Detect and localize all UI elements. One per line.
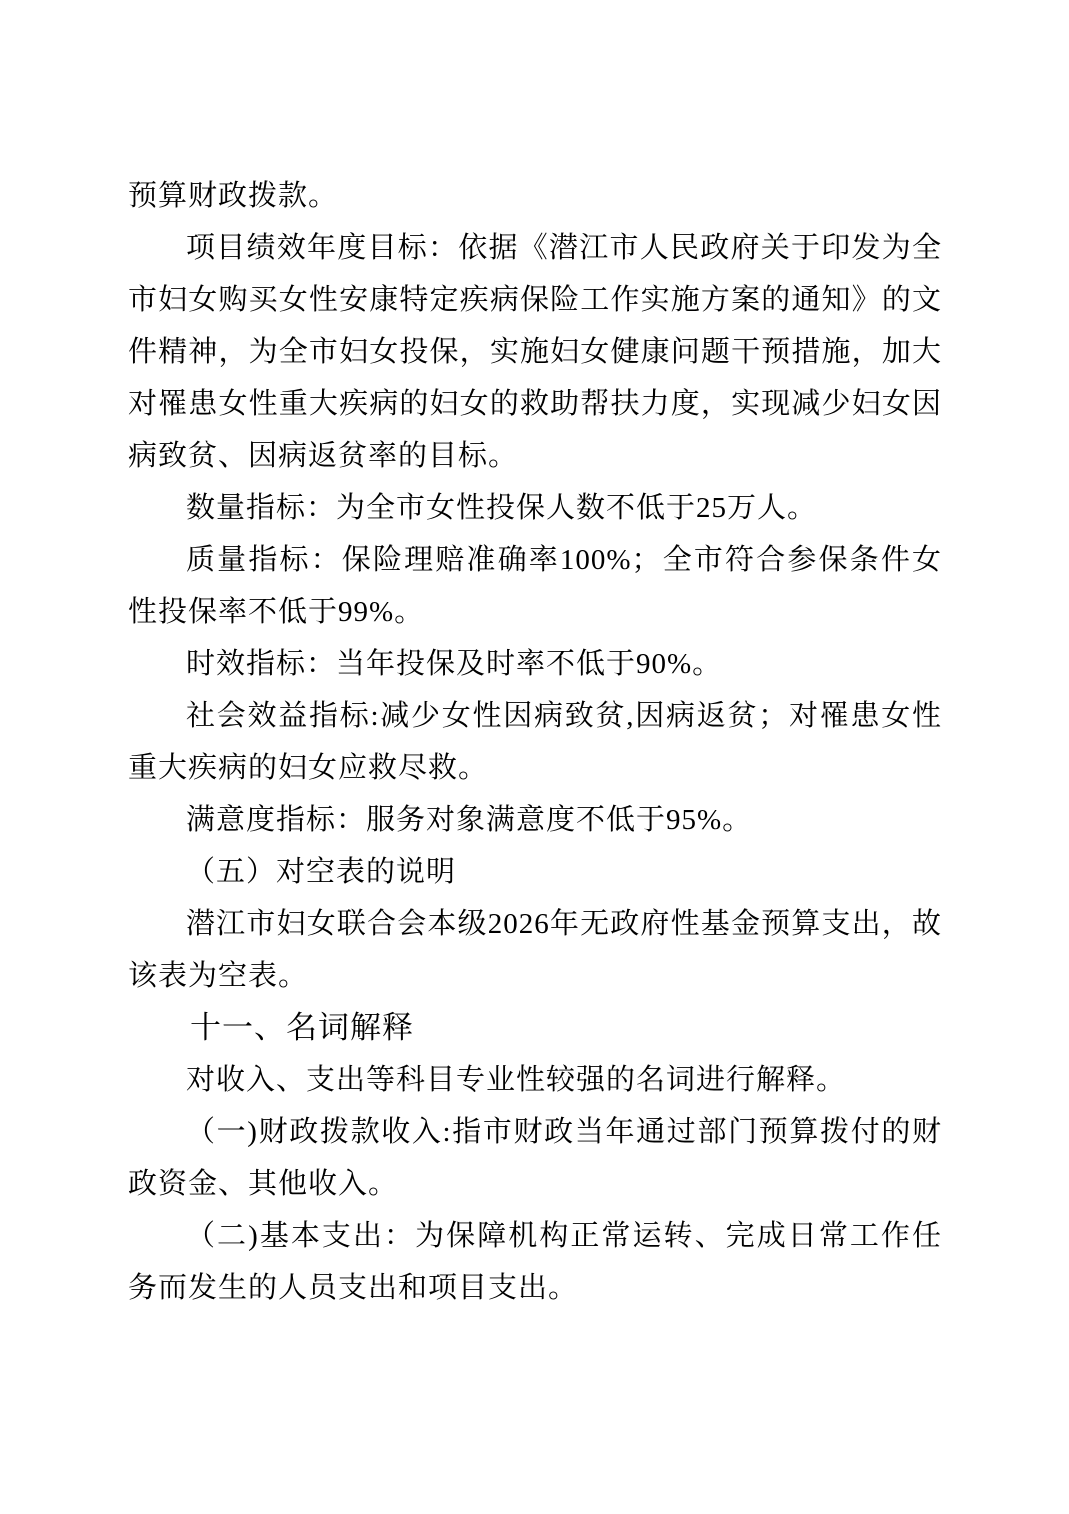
section-heading-glossary: 十一、名词解释 bbox=[128, 1002, 942, 1054]
paragraph-glossary-intro: 对收入、支出等科目专业性较强的名词进行解释。 bbox=[128, 1054, 942, 1106]
document-content: 预算财政拨款。 项目绩效年度目标：依据《潜江市人民政府关于印发为全市妇女购买女性… bbox=[128, 170, 942, 1314]
paragraph-satisfaction-indicator: 满意度指标：服务对象满意度不低于95%。 bbox=[128, 794, 942, 846]
paragraph-term-basic-expenditure: （二)基本支出：为保障机构正常运转、完成日常工作任务而发生的人员支出和项目支出。 bbox=[128, 1210, 942, 1314]
paragraph-social-benefit-indicator: 社会效益指标:减少女性因病致贫,因病返贫；对罹患女性重大疾病的妇女应救尽救。 bbox=[128, 690, 942, 794]
paragraph-project-annual-performance-goal: 项目绩效年度目标：依据《潜江市人民政府关于印发为全市妇女购买女性安康特定疾病保险… bbox=[128, 222, 942, 482]
paragraph-timeliness-indicator: 时效指标：当年投保及时率不低于90%。 bbox=[128, 638, 942, 690]
section-heading-empty-table-note: （五）对空表的说明 bbox=[128, 846, 942, 898]
paragraph-quality-indicator: 质量指标：保险理赔准确率100%；全市符合参保条件女性投保率不低于99%。 bbox=[128, 534, 942, 638]
paragraph-term-fiscal-appropriation-income: （一)财政拨款收入:指市财政当年通过部门预算拨付的财政资金、其他收入。 bbox=[128, 1106, 942, 1210]
paragraph-quantity-indicator: 数量指标：为全市女性投保人数不低于25万人。 bbox=[128, 482, 942, 534]
paragraph-empty-table-explanation: 潜江市妇女联合会本级2026年无政府性基金预算支出，故该表为空表。 bbox=[128, 898, 942, 1002]
document-page: 预算财政拨款。 项目绩效年度目标：依据《潜江市人民政府关于印发为全市妇女购买女性… bbox=[0, 0, 1069, 1514]
paragraph-budget-fiscal-allocation: 预算财政拨款。 bbox=[128, 170, 942, 222]
